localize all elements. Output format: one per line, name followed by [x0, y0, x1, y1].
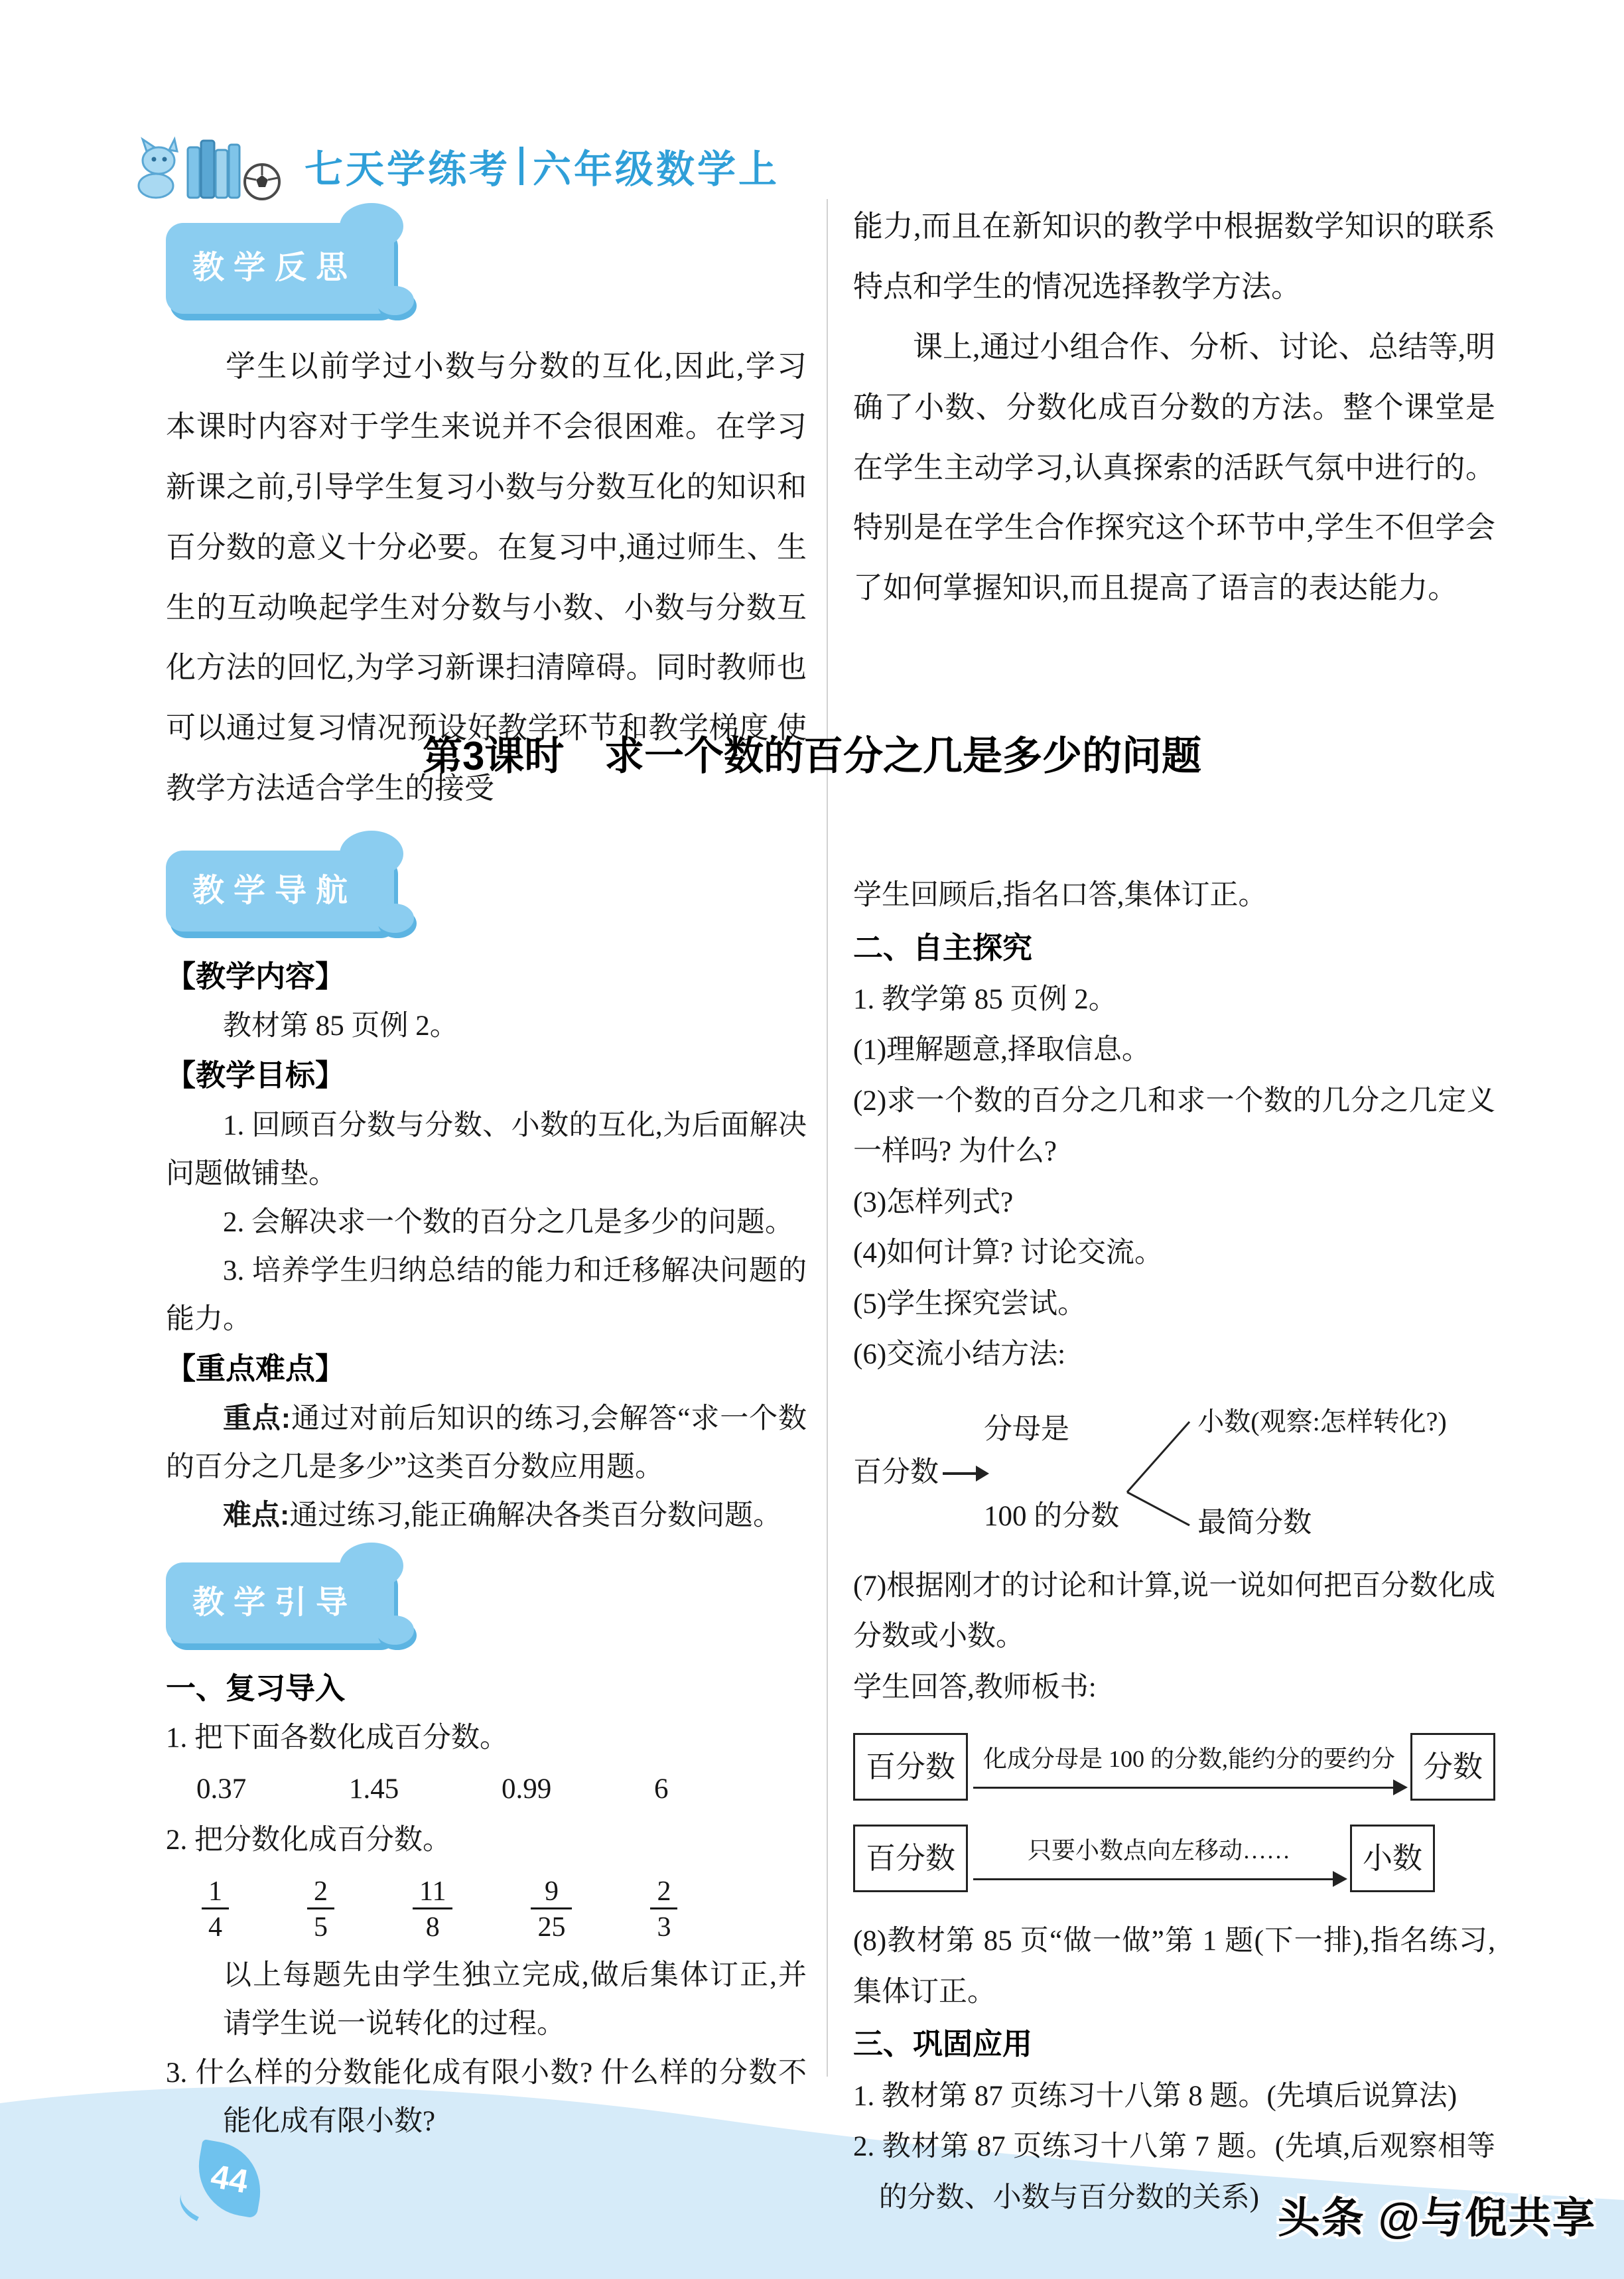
lesson-left-column: 教学导航 【教学内容】 教材第 85 页例 2。 【教学目标】 1. 回顾百分数… [166, 851, 807, 2146]
column-divider [827, 199, 828, 2077]
difficulty-text: 通过练习,能正确解决各类百分数问题。 [289, 1500, 781, 1531]
explore-step: (5)学生探究尝试。 [853, 1279, 1495, 1330]
diagram-middle-bottom: 100 的分数 [984, 1491, 1119, 1543]
content-body: 教材第 85 页例 2。 [166, 1002, 807, 1050]
fraction: 23 [650, 1876, 677, 1943]
diagram-results: 小数(观察:怎样转化?) 最简分数 [1197, 1398, 1447, 1549]
decimal-numbers-row: 0.37 1.45 0.99 6 [166, 1765, 807, 1813]
explore-intro: 学生回顾后,指名口答,集体订正。 [853, 870, 1495, 922]
diagram-source: 百分数 [853, 1448, 939, 1499]
explore-step-8: (8)教材第 85 页“做一做”第 1 题(下一排),指名练习,集体订正。 [853, 1916, 1495, 2018]
lesson-right-column: 学生回顾后,指名口答,集体订正。 二、自主探究 1. 教学第 85 页例 2。 … [853, 870, 1495, 2223]
flow-from-box: 百分数 [853, 1825, 968, 1892]
fraction-numerator: 2 [307, 1876, 334, 1909]
book-page: 44 头条 @与倪共享 七天学练 [0, 0, 1624, 2279]
lesson-number: 第3课时 [423, 734, 564, 778]
brand-subject: 六年级数学上 [533, 138, 779, 194]
goals-heading: 【教学目标】 [166, 1050, 807, 1101]
fraction-numerator: 11 [413, 1876, 452, 1909]
guidance-badge: 教学引导 [166, 1562, 394, 1643]
review-item-1: 1. 把下面各数化成百分数。 [166, 1714, 807, 1762]
fraction: 14 [202, 1876, 229, 1943]
brand-name: 七天学练考 [304, 138, 510, 194]
diagram-result-fraction: 最简分数 [1197, 1498, 1447, 1549]
flow-to-box: 分数 [1410, 1733, 1495, 1801]
review-item-2: 2. 把分数化成百分数。 [166, 1816, 807, 1864]
diagram-middle: 分母是 100 的分数 [984, 1405, 1119, 1542]
lesson-name: 求一个数的百分之几是多少的问题 [604, 734, 1201, 778]
board-flow-percent-to-decimal: 百分数 只要小数点向左移动…… 小数 [853, 1825, 1495, 1892]
reflection-right-column: 能力,而且在新知识的教学中根据数学知识的联系特点和学生的情况选择教学方法。 课上… [853, 196, 1495, 618]
explore-heading: 二、自主探究 [853, 922, 1495, 975]
keypoints-heading: 【重点难点】 [166, 1344, 807, 1395]
goal-item: 1. 回顾百分数与分数、小数的互化,为后面解决问题做铺垫。 [166, 1101, 807, 1198]
arrow-line-icon [973, 1787, 1405, 1789]
goal-item: 2. 会解决求一个数的百分之几是多少的问题。 [166, 1198, 807, 1247]
fraction-numerator: 1 [202, 1876, 229, 1909]
review-note: 以上每题先由学生独立完成,做后集体订正,并请学生说一说转化的过程。 [166, 1951, 807, 2048]
fraction: 925 [531, 1876, 572, 1943]
explore-step: (2)求一个数的百分之几和求一个数的几分之几定义 一样吗? 为什么? [853, 1076, 1495, 1178]
flow-to-box: 小数 [1350, 1825, 1435, 1892]
reflection-badge: 教学反思 [166, 223, 394, 314]
apply-item: 1. 教材第 87 页练习十八第 8 题。(先填后说算法) [853, 2071, 1495, 2122]
percent-conversion-diagram: 百分数 分母是 100 的分数 小数(观察:怎样转化?) 最简分数 [853, 1398, 1495, 1549]
page-header: 七天学练考 六年级数学上 [136, 127, 779, 204]
content-heading: 【教学内容】 [166, 951, 807, 1002]
diagram-result-decimal: 小数(观察:怎样转化?) [1197, 1398, 1447, 1445]
watermark-text: 头条 @与倪共享 [1278, 2184, 1596, 2245]
keypoint-line: 重点:通过对前后知识的练习,会解答“求一个数的百分之几是多少”这类百分数应用题。 [166, 1395, 807, 1491]
explore-item-1: 1. 教学第 85 页例 2。 [853, 975, 1495, 1026]
arrow-line-icon [973, 1878, 1345, 1880]
flow-arrow-label: 只要小数点向左移动…… [973, 1829, 1345, 1872]
decimal-value: 1.45 [349, 1765, 502, 1813]
brand-title: 七天学练考 六年级数学上 [304, 138, 779, 194]
fraction-denominator: 25 [531, 1907, 572, 1943]
branch-lines-icon [1122, 1407, 1195, 1540]
fraction: 25 [307, 1876, 334, 1943]
fraction-denominator: 5 [307, 1907, 334, 1943]
fraction-numerator: 9 [538, 1876, 565, 1909]
fraction-numerator: 2 [650, 1876, 677, 1909]
fraction-denominator: 3 [650, 1907, 677, 1943]
difficulty-line: 难点:通过练习,能正确解决各类百分数问题。 [166, 1491, 807, 1540]
keypoint-label: 重点: [223, 1403, 291, 1434]
explore-step: (6)交流小结方法: [853, 1330, 1495, 1381]
reflection-paragraph-right-2: 课上,通过小组合作、分析、讨论、总结等,明确了小数、分数化成百分数的方法。整个课… [853, 317, 1495, 618]
fraction: 118 [413, 1876, 452, 1943]
explore-step-7: (7)根据刚才的讨论和计算,说一说如何把百分数化成分数或小数。 [853, 1561, 1495, 1663]
apply-heading: 三、巩固应用 [853, 2018, 1495, 2071]
brand-divider [519, 147, 523, 185]
fractions-row: 14 25 118 925 23 [166, 1876, 807, 1943]
right-arrow-icon [943, 1472, 977, 1475]
explore-step: (4)如何计算? 讨论交流。 [853, 1228, 1495, 1279]
board-flow-percent-to-fraction: 百分数 化成分母是 100 的分数,能约分的要约分 分数 [853, 1733, 1495, 1801]
difficulty-label: 难点: [223, 1499, 289, 1531]
fraction-denominator: 4 [202, 1907, 229, 1943]
goal-item: 3. 培养学生归纳总结的能力和迁移解决问题的能力。 [166, 1247, 807, 1344]
lesson-title: 第3课时 求一个数的百分之几是多少的问题 [0, 725, 1624, 782]
explore-step: (1)理解题意,择取信息。 [853, 1025, 1495, 1076]
flow-from-box: 百分数 [853, 1733, 968, 1801]
decimal-value: 0.99 [502, 1765, 654, 1813]
explore-step: (3)怎样列式? [853, 1178, 1495, 1229]
decimal-value: 0.37 [196, 1765, 349, 1813]
reflection-paragraph-right-1: 能力,而且在新知识的教学中根据数学知识的联系特点和学生的情况选择教学方法。 [853, 196, 1495, 317]
decimal-value: 6 [654, 1765, 807, 1813]
fraction-denominator: 8 [413, 1907, 452, 1943]
navigation-badge: 教学导航 [166, 851, 394, 932]
flow-arrow: 只要小数点向左移动…… [973, 1829, 1345, 1892]
mascot-books-ball-illustration [136, 127, 293, 204]
flow-arrow-label: 化成分母是 100 的分数,能约分的要约分 [973, 1738, 1405, 1780]
board-intro: 学生回答,教师板书: [853, 1663, 1495, 1714]
review-item-3: 3. 什么样的分数能化成有限小数? 什么样的分数不能化成有限小数? [166, 2049, 807, 2146]
flow-arrow: 化成分母是 100 的分数,能约分的要约分 [973, 1738, 1405, 1801]
review-heading: 一、复习导入 [166, 1663, 807, 1714]
page-number: 44 [208, 2157, 251, 2201]
diagram-middle-top: 分母是 [984, 1405, 1119, 1456]
